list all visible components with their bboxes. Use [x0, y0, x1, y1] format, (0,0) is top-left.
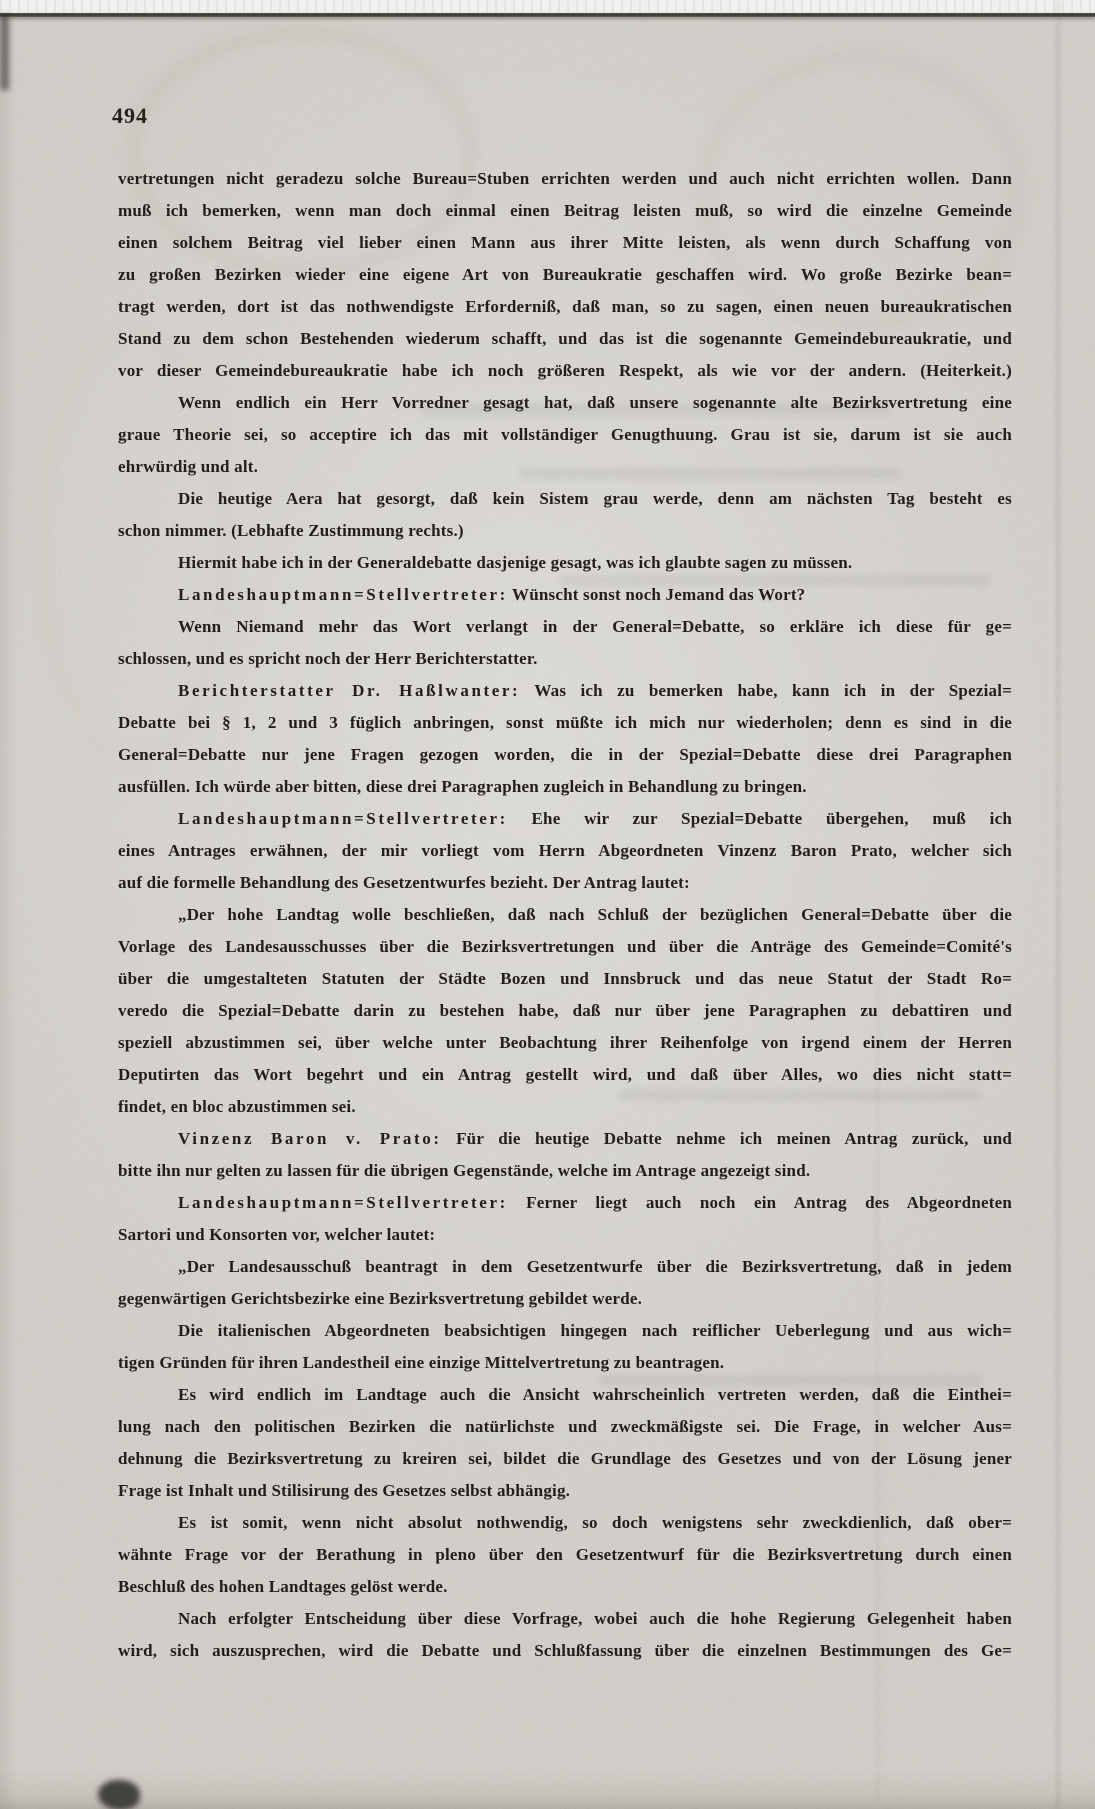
text-segment: wähnte Frage vor der Berathung in pleno … [118, 1545, 1012, 1564]
text-segment: Ferner liegt auch noch ein Antrag des Ab… [508, 1193, 1012, 1212]
text-line: gegenwärtigen Gerichtsbezirke eine Bezir… [118, 1283, 1012, 1315]
text-segment: Für die heutige Debatte nehme ich meinen… [442, 1129, 1012, 1148]
scanner-background-strip [0, 0, 1095, 13]
text-segment: Wünscht sonst noch Jemand das Wort? [508, 585, 806, 604]
text-segment: vor dieser Gemeindebureaukratie habe ich… [118, 361, 1012, 380]
text-segment: speziell abzustimmen sei, über welche un… [118, 1033, 1012, 1052]
text-segment: gegenwärtigen Gerichtsbezirke eine Bezir… [118, 1289, 642, 1308]
page-fold-line [1056, 0, 1060, 1809]
text-segment: ehrwürdig und alt. [118, 457, 258, 476]
text-line: „Der Landesausschuß beantragt in dem Ges… [118, 1251, 1012, 1283]
text-line: schon nimmer. (Lebhafte Zustimmung recht… [118, 515, 1012, 547]
text-segment: ausfüllen. Ich würde aber bitten, diese … [118, 777, 807, 796]
text-segment: General=Debatte nur jene Fragen gezogen … [118, 745, 1012, 764]
text-segment: dehnung die Bezirksvertretung zu kreiren… [118, 1449, 1012, 1468]
text-line: General=Debatte nur jene Fragen gezogen … [118, 739, 1012, 771]
text-line: Die heutige Aera hat gesorgt, daß kein S… [118, 483, 1012, 515]
ink-blot [98, 1780, 140, 1809]
text-line: Frage ist Inhalt und Stilisirung des Ges… [118, 1475, 1012, 1507]
text-segment: Vorlage des Landesausschusses über die B… [118, 937, 1012, 956]
text-line: vor dieser Gemeindebureaukratie habe ich… [118, 355, 1012, 387]
text-line: Es ist somit, wenn nicht absolut nothwen… [118, 1507, 1012, 1539]
text-segment: bitte ihn nur gelten zu lassen für die ü… [118, 1161, 810, 1180]
text-line: muß ich bemerken, wenn man doch einmal e… [118, 195, 1012, 227]
page-torn-top-edge [0, 13, 1095, 17]
text-segment: Ehe wir zur Spezial=Debatte übergehen, m… [508, 809, 1012, 828]
text-line: wird, sich auszusprechen, wird die Debat… [118, 1635, 1012, 1667]
text-segment: Wenn Niemand mehr das Wort verlangt in d… [178, 617, 1012, 636]
text-segment: tragt werden, dort ist das nothwendigste… [118, 297, 1012, 316]
text-block: vertretungen nicht geradezu solche Burea… [118, 163, 1012, 1667]
text-line: zu großen Bezirken wieder eine eigene Ar… [118, 259, 1012, 291]
text-segment: graue Theorie sei, so acceptire ich das … [118, 425, 1012, 444]
text-segment: Hiermit habe ich in der Generaldebatte d… [178, 553, 852, 572]
text-segment: „Der Landesausschuß beantragt in dem Ges… [178, 1257, 1012, 1276]
text-line: Landeshauptmann=Stellvertreter: Ferner l… [118, 1187, 1012, 1219]
text-segment: vertretungen nicht geradezu solche Burea… [118, 169, 1012, 188]
text-line: Berichterstatter Dr. Haßlwanter: Was ich… [118, 675, 1012, 707]
text-segment: „Der hohe Landtag wolle beschließen, daß… [178, 905, 1012, 924]
text-segment: Beschluß des hohen Landtages gelöst werd… [118, 1577, 448, 1596]
text-segment: Es ist somit, wenn nicht absolut nothwen… [178, 1513, 1012, 1532]
text-line: graue Theorie sei, so acceptire ich das … [118, 419, 1012, 451]
text-line: Die italienischen Abgeordneten beabsicht… [118, 1315, 1012, 1347]
text-line: ausfüllen. Ich würde aber bitten, diese … [118, 771, 1012, 803]
text-line: Wenn endlich ein Herr Vorredner gesagt h… [118, 387, 1012, 419]
speaker-name: Berichterstatter Dr. Haßlwanter: [178, 681, 520, 700]
text-line: Debatte bei § 1, 2 und 3 füglich anbring… [118, 707, 1012, 739]
text-line: auf die formelle Behandlung des Gesetzen… [118, 867, 1012, 899]
text-line: Deputirten das Wort begehrt und ein Antr… [118, 1059, 1012, 1091]
text-line: „Der hohe Landtag wolle beschließen, daß… [118, 899, 1012, 931]
text-line: Es wird endlich im Landtage auch die Ans… [118, 1379, 1012, 1411]
text-segment: wird, sich auszusprechen, wird die Debat… [118, 1641, 1012, 1660]
text-segment: Frage ist Inhalt und Stilisirung des Ges… [118, 1481, 570, 1500]
text-line: Landeshauptmann=Stellvertreter: Ehe wir … [118, 803, 1012, 835]
text-segment: über die umgestalteten Statuten der Städ… [118, 969, 1012, 988]
text-segment: muß ich bemerken, wenn man doch einmal e… [118, 201, 1012, 220]
text-segment: Wenn endlich ein Herr Vorredner gesagt h… [178, 393, 1012, 412]
text-line: lung nach den politischen Bezirken die n… [118, 1411, 1012, 1443]
text-segment: veredo die Spezial=Debatte darin zu best… [118, 1001, 1012, 1020]
text-line: Hiermit habe ich in der Generaldebatte d… [118, 547, 1012, 579]
text-segment: Deputirten das Wort begehrt und ein Antr… [118, 1065, 1012, 1084]
text-line: Vorlage des Landesausschusses über die B… [118, 931, 1012, 963]
speaker-name: Landeshauptmann=Stellvertreter: [178, 585, 508, 604]
text-segment: einen solchem Beitrag viel lieber einen … [118, 233, 1012, 252]
text-line: findet, en bloc abzustimmen sei. [118, 1091, 1012, 1123]
speaker-name: Vinzenz Baron v. Prato: [178, 1129, 442, 1148]
text-line: Beschluß des hohen Landtages gelöst werd… [118, 1571, 1012, 1603]
text-line: veredo die Spezial=Debatte darin zu best… [118, 995, 1012, 1027]
text-segment: schlossen, und es spricht noch der Herr … [118, 649, 538, 668]
text-segment: findet, en bloc abzustimmen sei. [118, 1097, 356, 1116]
edge-shadow-mark [0, 15, 9, 90]
text-segment: Die italienischen Abgeordneten beabsicht… [178, 1321, 1012, 1340]
text-segment: Es wird endlich im Landtage auch die Ans… [178, 1385, 1012, 1404]
text-line: einen solchem Beitrag viel lieber einen … [118, 227, 1012, 259]
scanned-page: 494 vertretungen nicht geradezu solche B… [0, 0, 1095, 1809]
speaker-name: Landeshauptmann=Stellvertreter: [178, 1193, 508, 1212]
text-segment: auf die formelle Behandlung des Gesetzen… [118, 873, 690, 892]
text-line: Nach erfolgter Entscheidung über diese V… [118, 1603, 1012, 1635]
text-segment: Debatte bei § 1, 2 und 3 füglich anbring… [118, 713, 1012, 732]
text-segment: tigen Gründen für ihren Landestheil eine… [118, 1353, 724, 1372]
text-line: vertretungen nicht geradezu solche Burea… [118, 163, 1012, 195]
text-segment: Die heutige Aera hat gesorgt, daß kein S… [178, 489, 1012, 508]
text-line: Vinzenz Baron v. Prato: Für die heutige … [118, 1123, 1012, 1155]
text-segment: zu großen Bezirken wieder eine eigene Ar… [118, 265, 1012, 284]
text-segment: Sartori und Konsorten vor, welcher laute… [118, 1225, 435, 1244]
text-line: Stand zu dem schon Bestehenden wiederum … [118, 323, 1012, 355]
text-segment: Was ich zu bemerken habe, kann ich in de… [520, 681, 1012, 700]
text-line: schlossen, und es spricht noch der Herr … [118, 643, 1012, 675]
text-line: über die umgestalteten Statuten der Städ… [118, 963, 1012, 995]
text-segment: Stand zu dem schon Bestehenden wiederum … [118, 329, 1012, 348]
text-segment: Nach erfolgter Entscheidung über diese V… [178, 1609, 1012, 1628]
text-segment: schon nimmer. (Lebhafte Zustimmung recht… [118, 521, 464, 540]
text-line: wähnte Frage vor der Berathung in pleno … [118, 1539, 1012, 1571]
text-line: dehnung die Bezirksvertretung zu kreiren… [118, 1443, 1012, 1475]
text-line: Landeshauptmann=Stellvertreter: Wünscht … [118, 579, 1012, 611]
text-line: tragt werden, dort ist das nothwendigste… [118, 291, 1012, 323]
text-segment: lung nach den politischen Bezirken die n… [118, 1417, 1012, 1436]
page-number: 494 [112, 103, 148, 129]
text-line: speziell abzustimmen sei, über welche un… [118, 1027, 1012, 1059]
text-line: bitte ihn nur gelten zu lassen für die ü… [118, 1155, 1012, 1187]
text-segment: eines Antrages erwähnen, der mir vorlieg… [118, 841, 1012, 860]
text-line: Wenn Niemand mehr das Wort verlangt in d… [118, 611, 1012, 643]
text-line: ehrwürdig und alt. [118, 451, 1012, 483]
speaker-name: Landeshauptmann=Stellvertreter: [178, 809, 508, 828]
text-line: tigen Gründen für ihren Landestheil eine… [118, 1347, 1012, 1379]
text-line: Sartori und Konsorten vor, welcher laute… [118, 1219, 1012, 1251]
text-line: eines Antrages erwähnen, der mir vorlieg… [118, 835, 1012, 867]
